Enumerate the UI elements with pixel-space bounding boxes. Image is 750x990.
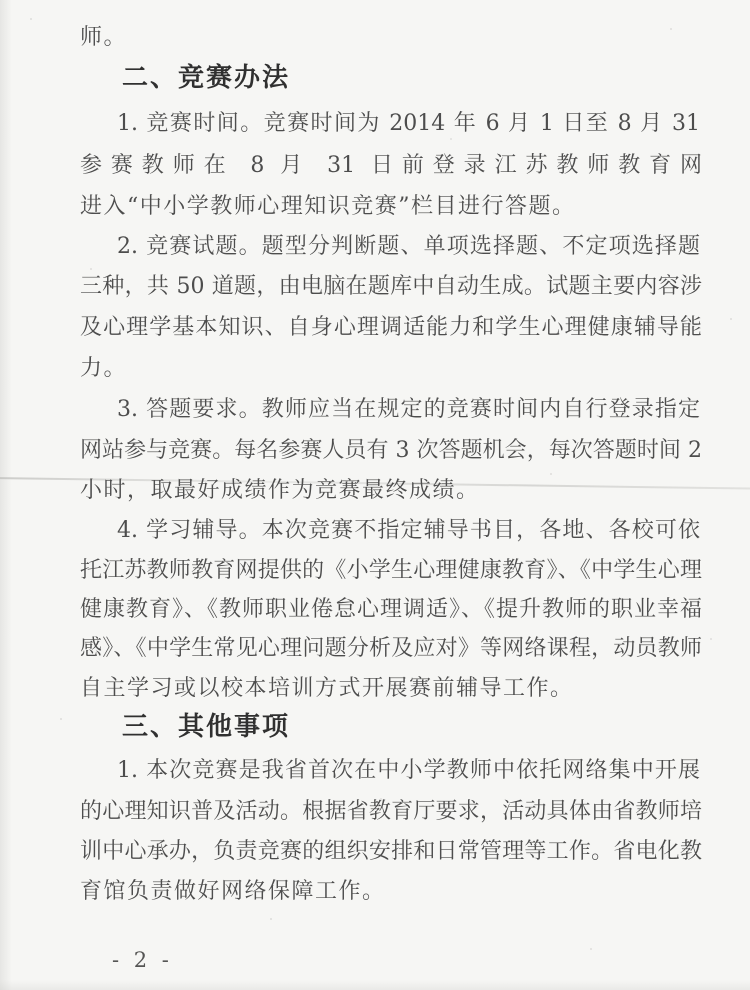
text-line: 自主学习或以校本培训方式开展赛前辅导工作。: [80, 673, 574, 705]
text-line: 力。: [80, 353, 127, 385]
text-line: 三种，共 50 道题，由电脑在题库中自动生成。试题主要内容涉: [80, 271, 702, 303]
text-line: 1. 竞赛时间。竞赛时间为 2014 年 6 月 1 日至 8 月 31 日。: [117, 108, 700, 140]
text-line: 参赛教师在 8 月 31 日前登录江苏教师教育网(www.jste.net.cn…: [80, 150, 702, 182]
text-line: 及心理学基本知识、自身心理调适能力和学生心理健康辅导能: [80, 312, 702, 344]
text-line: 托江苏教师教育网提供的《小学生心理健康教育》、《中学生心理: [80, 555, 702, 587]
scan-left-shadow: [0, 0, 12, 990]
text-line: 网站参与竞赛。每名参赛人员有 3 次答题机会，每次答题时间 2: [80, 435, 702, 467]
text-line: 4. 学习辅导。本次竞赛不指定辅导书目，各地、各校可依: [117, 515, 700, 547]
section-heading-2: 二、竞赛办法: [122, 62, 290, 94]
scanned-document-page: 师。 二、竞赛办法 1. 竞赛时间。竞赛时间为 2014 年 6 月 1 日至 …: [0, 0, 750, 990]
scan-bottom-shadow: [0, 980, 750, 990]
text-line: 健康教育》、《教师职业倦怠心理调适》、《提升教师的职业幸福: [80, 594, 702, 626]
text-line: 3. 答题要求。教师应当在规定的竞赛时间内自行登录指定: [117, 394, 700, 426]
scan-noise-speckles: [30, 18, 32, 20]
section-heading-3: 三、其他事项: [122, 711, 290, 743]
text-line: 2. 竞赛试题。题型分判断题、单项选择题、不定项选择题: [117, 231, 700, 263]
text-line: 进入“中小学教师心理知识竞赛”栏目进行答题。: [80, 191, 576, 223]
text-line: 育馆负责做好网络保障工作。: [80, 876, 386, 908]
page-number: - 2 -: [112, 944, 173, 976]
text-line: 小时，取最好成绩作为竞赛最终成绩。: [80, 475, 480, 507]
text-line: 1. 本次竞赛是我省首次在中小学教师中依托网络集中开展: [117, 755, 700, 787]
text-line-carryover: 师。: [80, 22, 127, 54]
text-line: 感》、《中学生常见心理问题分析及应对》等网络课程，动员教师: [80, 633, 702, 665]
text-line: 的心理知识普及活动。根据省教育厅要求，活动具体由省教师培: [80, 796, 702, 828]
text-line: 训中心承办，负责竞赛的组织安排和日常管理等工作。省电化教: [80, 836, 702, 868]
